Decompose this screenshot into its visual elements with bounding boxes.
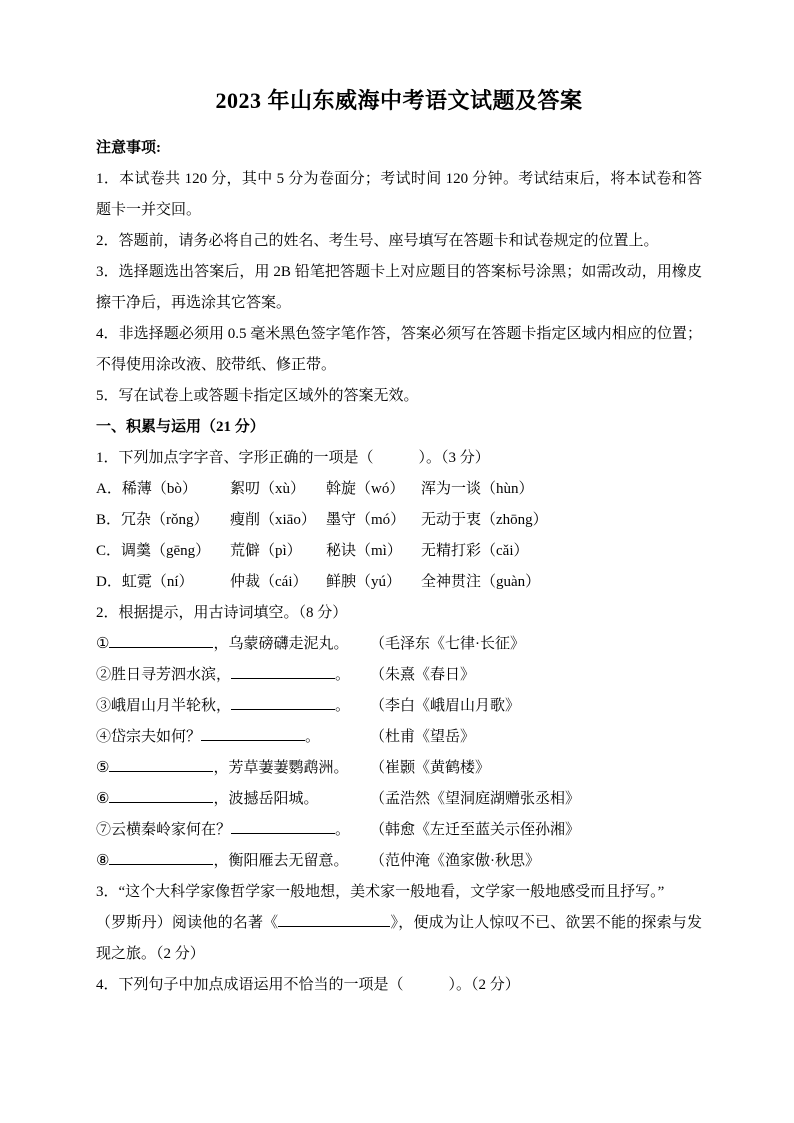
page-title: 2023 年山东威海中考语文试题及答案 (96, 86, 702, 116)
q2-item-3: ③峨眉山月半轮秋，。 （李白《峨眉山月歌》 (96, 691, 702, 722)
q2-item-4: ④岱宗夫如何？。 （杜甫《望岳》 (96, 722, 702, 753)
q2-item-text: ③峨眉山月半轮秋， (96, 698, 231, 714)
q2-item-text: 。 (335, 698, 350, 714)
q2-item-text: ，衡阳雁去无留意。 (213, 853, 348, 869)
fill-blank (231, 695, 335, 710)
q2-item-text: ⑧ (96, 853, 109, 869)
notice-item-4: 4．非选择题必须用 0.5 毫米黑色签字笔作答，答案必须写在答题卡指定区域内相应… (96, 319, 702, 381)
q2-item-citation: （毛泽东《七律·长征》 (370, 629, 525, 660)
q2-item-text: ，芳草萋萋鹦鹉洲。 (213, 760, 348, 776)
notice-item-2: 2．答题前，请务必将自己的姓名、考生号、座号填写在答题卡和试卷规定的位置上。 (96, 226, 702, 257)
q1-option-cell: 秘诀（mì） (326, 536, 421, 567)
q3-quote-line: 3．“这个大科学家像哲学家一般地想，美术家一般地看，文学家一般地感受而且抒写。” (96, 877, 702, 908)
notice-item-5: 5．写在试卷上或答题卡指定区域外的答案无效。 (96, 381, 702, 412)
q1-option-cell: B．冗杂（rǒng） (96, 505, 230, 536)
q1-option-cell: 瘦削（xiāo） (230, 505, 326, 536)
exam-document-page: 2023 年山东威海中考语文试题及答案 注意事项: 1．本试卷共 120 分，其… (0, 0, 794, 1001)
fill-blank (109, 850, 213, 865)
q1-option-cell: 无动于衷（zhōng） (421, 505, 548, 536)
q4-stem: 4．下列句子中加点成语运用不恰当的一项是（ ）。（2 分） (96, 970, 702, 1001)
q2-item-citation: （崔颢《黄鹤楼》 (370, 753, 490, 784)
q1-option-cell: 仲裁（cái） (230, 567, 326, 598)
q1-option-cell: D．虹霓（ní） (96, 567, 230, 598)
q2-item-citation: （孟浩然《望洞庭湖赠张丞相》 (370, 784, 580, 815)
fill-blank (109, 788, 213, 803)
fill-blank (231, 819, 335, 834)
q2-item-citation: （朱熹《春日》 (370, 660, 475, 691)
q2-item-6: ⑥，波撼岳阳城。 （孟浩然《望洞庭湖赠张丞相》 (96, 784, 702, 815)
q1-option-row-c: C．调羹（gēng） 荒僻（pì） 秘诀（mì） 无精打彩（cǎi） (96, 536, 702, 567)
q1-option-cell: 絮叨（xù） (230, 474, 326, 505)
q1-option-cell: A．稀薄（bò） (96, 474, 230, 505)
q2-item-8: ⑧，衡阳雁去无留意。 （范仲淹《渔家傲·秋思》 (96, 846, 702, 877)
fill-blank (231, 664, 335, 679)
q2-item-citation: （韩愈《左迁至蓝关示侄孙湘》 (370, 815, 580, 846)
q1-option-row-d: D．虹霓（ní） 仲裁（cái） 鲜腴（yú） 全神贯注（guàn） (96, 567, 702, 598)
notice-item-3: 3．选择题选出答案后，用 2B 铅笔把答题卡上对应题目的答案标号涂黑；如需改动，… (96, 257, 702, 319)
q2-item-text: ，波撼岳阳城。 (213, 791, 318, 807)
q2-item-text: 。 (305, 729, 320, 745)
q2-item-citation: （李白《峨眉山月歌》 (370, 691, 520, 722)
q2-item-text: ②胜日寻芳泗水滨， (96, 667, 231, 683)
q2-item-text: ④岱宗夫如何？ (96, 729, 201, 745)
q1-option-cell: 浑为一谈（hùn） (421, 474, 534, 505)
notice-item-1: 1．本试卷共 120 分，其中 5 分为卷面分；考试时间 120 分钟。考试结束… (96, 164, 702, 226)
fill-blank (109, 633, 213, 648)
section-heading: 一、积累与运用（21 分） (96, 412, 702, 443)
q2-item-text: 。 (335, 822, 350, 838)
q1-option-cell: C．调羹（gēng） (96, 536, 230, 567)
q2-item-text: 。 (335, 667, 350, 683)
q2-item-text: ⑥ (96, 791, 109, 807)
q2-item-2: ②胜日寻芳泗水滨，。 （朱熹《春日》 (96, 660, 702, 691)
document-body: 注意事项: 1．本试卷共 120 分，其中 5 分为卷面分；考试时间 120 分… (96, 133, 702, 1001)
q3-body: （罗斯丹）阅读他的名著《》，便成为让人惊叹不已、欲罢不能的探索与发现之旅。（2 … (96, 908, 702, 970)
q1-option-cell: 荒僻（pì） (230, 536, 326, 567)
q1-option-row-b: B．冗杂（rǒng） 瘦削（xiāo） 墨守（mó） 无动于衷（zhōng） (96, 505, 702, 536)
q2-item-5: ⑤，芳草萋萋鹦鹉洲。 （崔颢《黄鹤楼》 (96, 753, 702, 784)
fill-blank (109, 757, 213, 772)
q2-item-text: ⑦云横秦岭家何在？ (96, 822, 231, 838)
q2-item-7: ⑦云横秦岭家何在？。 （韩愈《左迁至蓝关示侄孙湘》 (96, 815, 702, 846)
q1-stem: 1．下列加点字字音、字形正确的一项是（ ）。（3 分） (96, 443, 702, 474)
q2-item-1: ①，乌蒙磅礴走泥丸。 （毛泽东《七律·长征》 (96, 629, 702, 660)
q1-option-cell: 斡旋（wó） (326, 474, 421, 505)
q2-item-text: ⑤ (96, 760, 109, 776)
q1-option-cell: 鲜腴（yú） (326, 567, 421, 598)
fill-blank (278, 912, 390, 927)
fill-blank (201, 726, 305, 741)
q1-option-cell: 墨守（mó） (326, 505, 421, 536)
q2-item-text: ，乌蒙磅礴走泥丸。 (213, 636, 348, 652)
q3-text: （罗斯丹）阅读他的名著《 (96, 915, 278, 931)
q1-option-cell: 无精打彩（cǎi） (421, 536, 528, 567)
q2-stem: 2．根据提示，用古诗词填空。（8 分） (96, 598, 702, 629)
q1-option-row-a: A．稀薄（bò） 絮叨（xù） 斡旋（wó） 浑为一谈（hùn） (96, 474, 702, 505)
q2-item-citation: （杜甫《望岳》 (370, 722, 475, 753)
q2-item-text: ① (96, 636, 109, 652)
q1-option-cell: 全神贯注（guàn） (421, 567, 540, 598)
q2-item-citation: （范仲淹《渔家傲·秋思》 (370, 846, 540, 877)
notice-heading: 注意事项: (96, 133, 702, 164)
